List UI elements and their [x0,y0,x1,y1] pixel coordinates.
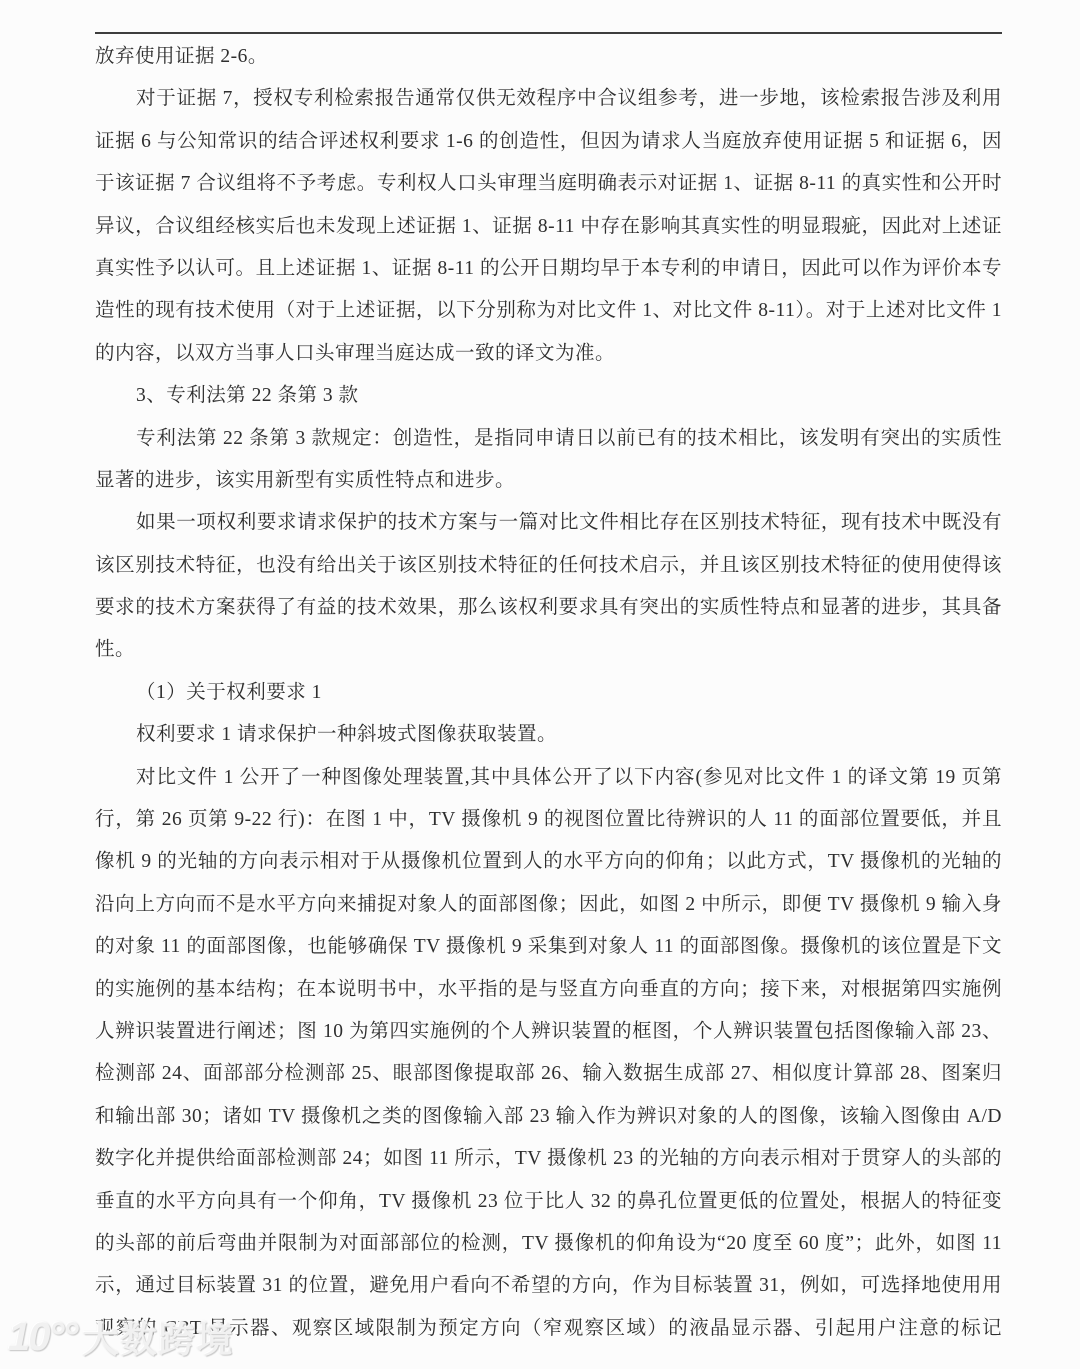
text-line: 数字化并提供给面部检测部 24；如图 11 所示，TV 摄像机 23 的光轴的方… [95,1138,1002,1180]
text-line: 要求的技术方案获得了有益的技术效果，那么该权利要求具有突出的实质性特点和显著的进… [95,587,1002,629]
text-line: 放弃使用证据 2-6。 [95,36,1002,78]
text-line: 的实施例的基本结构；在本说明书中，水平指的是与竖直方向垂直的方向；接下来，对根据… [95,969,1002,1011]
text-line: 3、专利法第 22 条第 3 款 [95,375,1002,417]
text-line: 造性的现有技术使用（对于上述证据，以下分别称为对比文件 1、对比文件 8-11）… [95,290,1002,332]
text-line: 异议，合议组经核实后也未发现上述证据 1、证据 8-11 中存在影响其真实性的明… [95,206,1002,248]
text-line: 对比文件 1 公开了一种图像处理装置,其中具体公开了以下内容(参见对比文件 1 … [95,757,1002,799]
text-line: （1）关于权利要求 1 [95,672,1002,714]
text-line: 对于证据 7，授权专利检索报告通常仅供无效程序中合议组参考，进一步地，该检索报告… [95,78,1002,120]
text-line: 该区别技术特征，也没有给出关于该区别技术特征的任何技术启示，并且该区别技术特征的… [95,545,1002,587]
text-line: 沿向上方向而不是水平方向来捕捉对象人的面部图像；因此，如图 2 中所示，即便 T… [95,884,1002,926]
text-line: 专利法第 22 条第 3 款规定：创造性，是指同申请日以前已有的技术相比，该发明… [95,418,1002,460]
text-line: 于该证据 7 合议组将不予考虑。专利权人口头审理当庭明确表示对证据 1、证据 8… [95,163,1002,205]
text-line: 观察的 CRT 显示器、观察区域限制为预定方向（窄观察区域）的液晶显示器、引起用… [95,1308,1002,1350]
text-line: 真实性予以认可。且上述证据 1、证据 8-11 的公开日期均早于本专利的申请日，… [95,248,1002,290]
text-line: 垂直的水平方向具有一个仰角，TV 摄像机 23 位于比人 32 的鼻孔位置更低的… [95,1181,1002,1223]
text-line: 行，第 26 页第 9-22 行)：在图 1 中，TV 摄像机 9 的视图位置比… [95,799,1002,841]
text-line: 性。 [95,629,1002,671]
document-body: 放弃使用证据 2-6。对于证据 7，授权专利检索报告通常仅供无效程序中合议组参考… [95,36,1002,1350]
text-line: 的头部的前后弯曲并限制为对面部部位的检测，TV 摄像机的仰角设为“20 度至 6… [95,1223,1002,1265]
text-line: 的内容，以双方当事人口头审理当庭达成一致的译文为准。 [95,333,1002,375]
watermark-logo-icon: 10°° [8,1315,76,1360]
text-line: 权利要求 1 请求保护一种斜坡式图像获取装置。 [95,714,1002,756]
text-line: 示，通过目标装置 31 的位置，避免用户看向不希望的方向，作为目标装置 31，例… [95,1265,1002,1307]
text-line: 证据 6 与公知常识的结合评述权利要求 1-6 的创造性，但因为请求人当庭放弃使… [95,121,1002,163]
document-page: 放弃使用证据 2-6。对于证据 7，授权专利检索报告通常仅供无效程序中合议组参考… [0,0,1080,1369]
text-line: 的对象 11 的面部图像，也能够确保 TV 摄像机 9 采集到对象人 11 的面… [95,926,1002,968]
text-line: 显著的进步，该实用新型有实质性特点和进步。 [95,460,1002,502]
header-divider-rule [95,32,1002,34]
text-line: 和输出部 30；诸如 TV 摄像机之类的图像输入部 23 输入作为辨识对象的人的… [95,1096,1002,1138]
text-line: 检测部 24、面部部分检测部 25、眼部图像提取部 26、输入数据生成部 27、… [95,1053,1002,1095]
text-line: 人辨识装置进行阐述；图 10 为第四实施例的个人辨识装置的框图，个人辨识装置包括… [95,1011,1002,1053]
text-line: 像机 9 的光轴的方向表示相对于从摄像机位置到人的水平方向的仰角；以此方式，TV… [95,841,1002,883]
text-line: 如果一项权利要求请求保护的技术方案与一篇对比文件相比存在区别技术特征，现有技术中… [95,502,1002,544]
